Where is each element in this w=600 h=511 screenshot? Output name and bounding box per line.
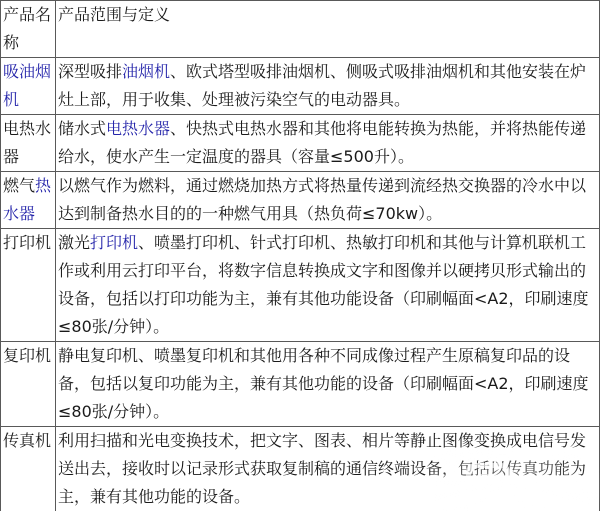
- product-name-cell: 打印机: [1, 229, 56, 342]
- product-definition-cell: 以燃气作为燃料，通过燃烧加热方式将热量传递到流经热交换器的冷水中以达到制备热水目…: [56, 172, 600, 229]
- product-name-cell: 吸油烟机: [1, 58, 56, 115]
- plain-text: 利用扫描和光电变换技术，把文字、图表、相片等静止图像变换成电信号发送出去，接收时…: [58, 431, 586, 506]
- product-name-cell: 复印机: [1, 342, 56, 427]
- plain-text: 静电复印机、喷墨复印机和其他用各种不同成像过程产生原稿复印品的设备，包括以复印功…: [58, 346, 589, 421]
- plain-text: 储水式: [58, 119, 106, 138]
- table-row: 打印机激光打印机、喷墨打印机、针式打印机、热敏打印机和其他与计算机联机工作或利用…: [1, 229, 600, 342]
- product-definition-table: 产品名称 产品范围与定义 吸油烟机深型吸排油烟机、欧式塔型吸排油烟机、侧吸式吸排…: [0, 0, 600, 511]
- plain-text: 燃气: [3, 176, 35, 195]
- table-row: 吸油烟机深型吸排油烟机、欧式塔型吸排油烟机、侧吸式吸排油烟机和其他安装在炉灶上部…: [1, 58, 600, 115]
- table-body: 吸油烟机深型吸排油烟机、欧式塔型吸排油烟机、侧吸式吸排油烟机和其他安装在炉灶上部…: [1, 58, 600, 511]
- header-definition: 产品范围与定义: [56, 1, 600, 58]
- product-definition-cell: 利用扫描和光电变换技术，把文字、图表、相片等静止图像变换成电信号发送出去，接收时…: [56, 427, 600, 511]
- plain-text: 复印机: [3, 346, 51, 365]
- table-row: 复印机静电复印机、喷墨复印机和其他用各种不同成像过程产生原稿复印品的设备，包括以…: [1, 342, 600, 427]
- product-link[interactable]: 电热水器: [106, 119, 170, 138]
- header-row: 产品名称 产品范围与定义: [1, 1, 600, 58]
- product-definition-cell: 深型吸排油烟机、欧式塔型吸排油烟机、侧吸式吸排油烟机和其他安装在炉灶上部，用于收…: [56, 58, 600, 115]
- header-product-name: 产品名称: [1, 1, 56, 58]
- plain-text: 、喷墨打印机、针式打印机、热敏打印机和其他与计算机联机工作或利用云打印平台，将数…: [58, 233, 589, 336]
- document-page: 产品名称 产品范围与定义 吸油烟机深型吸排油烟机、欧式塔型吸排油烟机、侧吸式吸排…: [0, 0, 600, 511]
- table-row: 传真机利用扫描和光电变换技术，把文字、图表、相片等静止图像变换成电信号发送出去，…: [1, 427, 600, 511]
- plain-text: 传真机: [3, 431, 51, 450]
- product-name-cell: 燃气热水器: [1, 172, 56, 229]
- table-row: 电热水器储水式电热水器、快热式电热水器和其他将电能转换为热能，并将热能传递给水，…: [1, 115, 600, 172]
- product-definition-cell: 激光打印机、喷墨打印机、针式打印机、热敏打印机和其他与计算机联机工作或利用云打印…: [56, 229, 600, 342]
- plain-text: 以燃气作为燃料，通过燃烧加热方式将热量传递到流经热交换器的冷水中以达到制备热水目…: [58, 176, 586, 223]
- plain-text: 电热水器: [3, 119, 51, 166]
- table-row: 燃气热水器以燃气作为燃料，通过燃烧加热方式将热量传递到流经热交换器的冷水中以达到…: [1, 172, 600, 229]
- product-definition-cell: 静电复印机、喷墨复印机和其他用各种不同成像过程产生原稿复印品的设备，包括以复印功…: [56, 342, 600, 427]
- plain-text: 打印机: [3, 233, 51, 252]
- product-link[interactable]: 油烟机: [122, 62, 170, 81]
- product-definition-cell: 储水式电热水器、快热式电热水器和其他将电能转换为热能，并将热能传递给水，使水产生…: [56, 115, 600, 172]
- product-name-cell: 电热水器: [1, 115, 56, 172]
- plain-text: 深型吸排: [58, 62, 122, 81]
- product-link[interactable]: 吸油烟机: [3, 62, 51, 109]
- product-name-cell: 传真机: [1, 427, 56, 511]
- plain-text: 激光: [58, 233, 90, 252]
- product-link[interactable]: 打印机: [90, 233, 138, 252]
